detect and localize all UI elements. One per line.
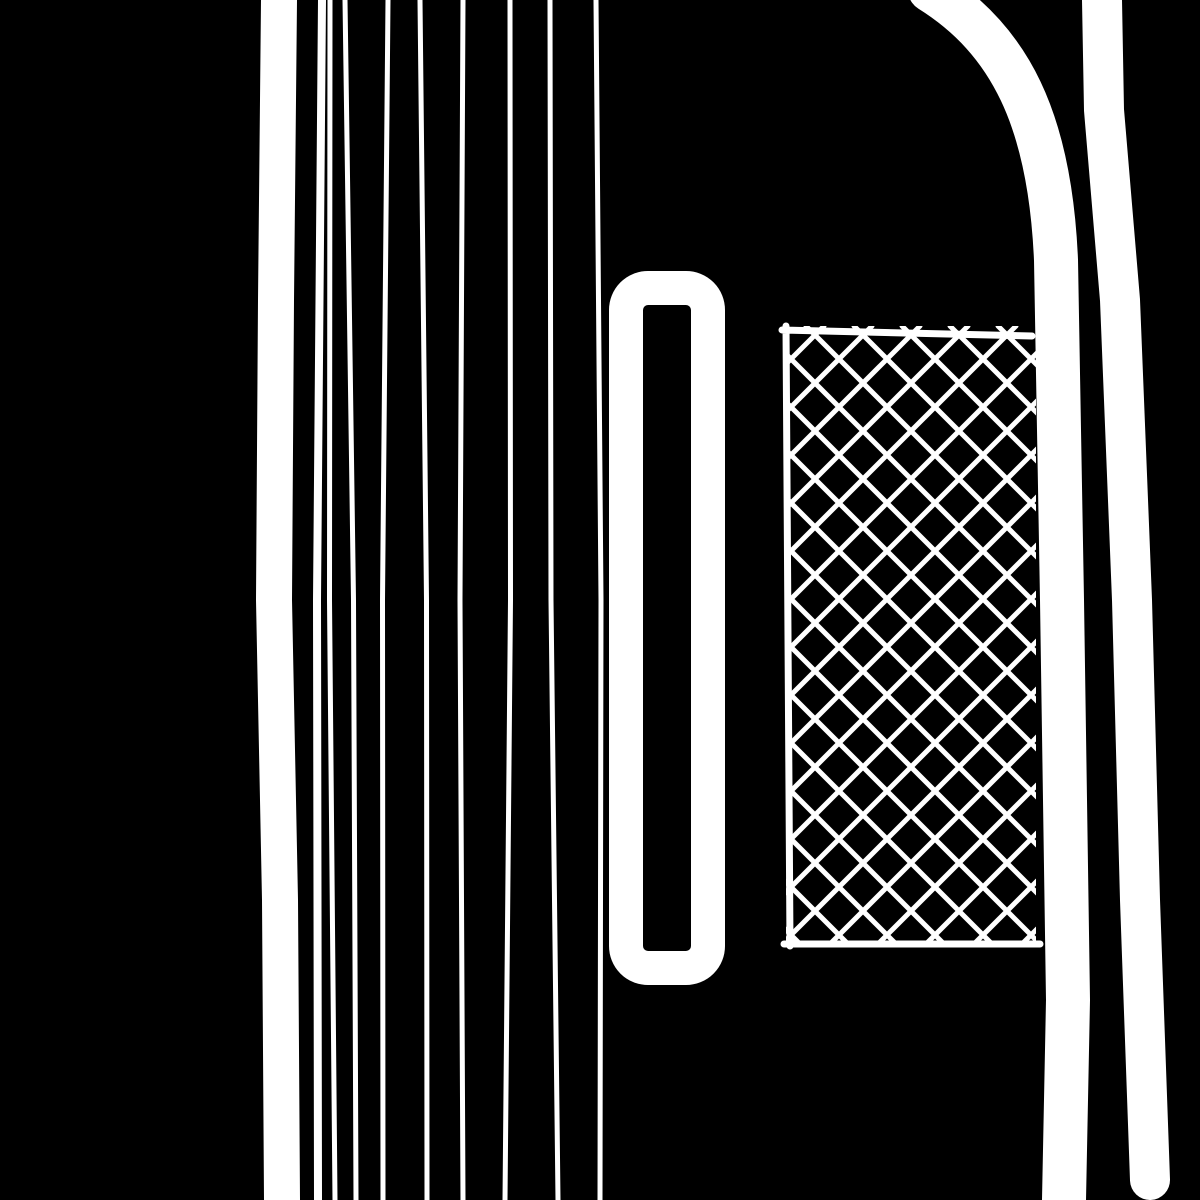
left-door-jamb: [274, 0, 282, 1200]
ink-drawing: [0, 0, 1200, 1200]
